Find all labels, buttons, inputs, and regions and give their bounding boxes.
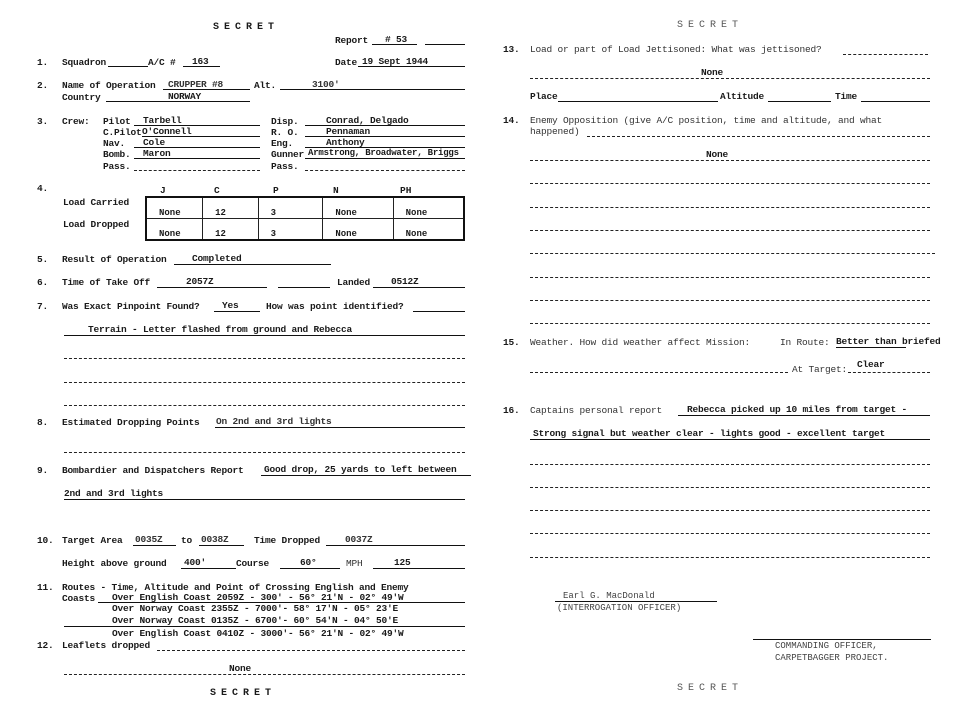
weather-target-line: [848, 372, 930, 373]
enemy-line-6: [530, 253, 935, 254]
item-7-num: 7.: [37, 301, 48, 312]
item-14-num: 14.: [503, 115, 520, 126]
jettisoned-line-1: [843, 54, 928, 55]
item-3-num: 3.: [37, 116, 48, 127]
target-to-label: to: [181, 535, 192, 546]
leaflets-line-2: [64, 674, 465, 675]
table-cell: None: [146, 219, 203, 241]
captains-line-1: [678, 415, 930, 416]
item-7-line-4: [64, 405, 465, 406]
jettisoned-label: Load or part of Load Jettisoned: What wa…: [530, 44, 822, 55]
table-cell: 12: [203, 219, 259, 241]
leaflets-label: Leaflets dropped: [62, 640, 150, 651]
report-page-left: SECRET Report # 53 1. Squadron A/C # 163…: [0, 0, 490, 720]
crew-role-pass-left: Pass.: [103, 161, 131, 172]
item-8-num: 8.: [37, 417, 48, 428]
captains-line-6: [530, 533, 930, 534]
load-col-ph: PH: [400, 185, 411, 196]
enemy-line-2: [530, 160, 930, 161]
landed-value: 0512Z: [391, 276, 419, 287]
target-area-label: Target Area: [62, 535, 123, 546]
takeoff-value: 2057Z: [186, 276, 214, 287]
crew-label: Crew:: [62, 116, 90, 127]
leaflets-line-1: [157, 650, 465, 651]
how-identified-line: [413, 311, 465, 312]
pinpoint-field: [214, 311, 260, 312]
squadron-label: Squadron: [62, 57, 106, 68]
gunner-line: [305, 158, 465, 159]
route-norway-out: Over Norway Coast 0135Z - 6700'- 60° 54'…: [112, 615, 398, 626]
date-value: 19 Sept 1944: [362, 56, 428, 67]
crew-role-pass-right: Pass.: [271, 161, 299, 172]
item-1-num: 1.: [37, 57, 48, 68]
captains-report-label: Captains personal report: [530, 405, 662, 416]
secret-header: SECRET: [677, 20, 743, 31]
takeoff-extra-line: [278, 287, 330, 288]
crew-role-copilot: C.Pilot: [103, 127, 142, 138]
load-carried-label: Load Carried: [63, 197, 129, 208]
takeoff-label: Time of Take Off: [62, 277, 150, 288]
crew-role-bomb: Bomb.: [103, 149, 131, 160]
interrogation-signature-line: [555, 601, 717, 602]
enemy-line-4: [530, 207, 930, 208]
table-cell: None: [323, 197, 393, 219]
course-label: Course: [236, 558, 269, 569]
item-8-line-2: [64, 452, 465, 453]
bomb-line: [134, 158, 260, 159]
table-cell: 12: [203, 197, 259, 219]
landed-label: Landed: [337, 277, 370, 288]
interrogation-officer-name: Earl G. MacDonald: [563, 591, 655, 601]
coasts-label: Coasts: [62, 593, 95, 604]
time-line: [861, 101, 930, 102]
load-col-j: J: [160, 185, 166, 196]
enemy-line-3: [530, 183, 930, 184]
route-norway-in: Over Norway Coast 2355Z - 7000'- 58° 17'…: [112, 603, 398, 614]
alt-field: [280, 89, 465, 90]
enemy-line-9: [530, 323, 930, 324]
result-value: Completed: [192, 253, 242, 264]
place-label: Place: [530, 91, 558, 102]
dropping-points-value: On 2nd and 3rd lights: [216, 416, 332, 427]
operation-label: Name of Operation: [62, 80, 156, 91]
mph-value: 125: [394, 557, 411, 568]
report-number: # 53: [385, 34, 407, 45]
how-identified-value: Terrain - Letter flashed from ground and…: [88, 324, 352, 335]
captains-line-5: [530, 510, 930, 511]
height-value: 400': [184, 557, 206, 568]
result-label: Result of Operation: [62, 254, 167, 265]
weather-enroute-label: In Route:: [780, 337, 830, 348]
pinpoint-value: Yes: [222, 300, 239, 311]
weather-enroute-line: [836, 347, 906, 348]
table-cell: None: [146, 197, 203, 219]
captains-line-3: [530, 464, 930, 465]
leaflets-value: None: [229, 663, 251, 674]
table-cell: 3: [258, 197, 323, 219]
squadron-field: [108, 66, 148, 67]
operation-value: CRUPPER #8: [168, 79, 223, 90]
enemy-line-8: [530, 300, 930, 301]
captains-line-2: [530, 439, 930, 440]
item-5-num: 5.: [37, 254, 48, 265]
enemy-line-7: [530, 277, 930, 278]
captains-line-7: [530, 557, 930, 558]
time-label: Time: [835, 91, 857, 102]
item-9-line-1: [261, 475, 471, 476]
course-line: [280, 568, 340, 569]
landed-field: [373, 287, 465, 288]
result-field: [174, 264, 331, 265]
item-7-line-2: [64, 358, 465, 359]
altitude-label: Altitude: [720, 91, 764, 102]
weather-enroute-value: Better than briefed: [836, 336, 941, 347]
time-dropped-line: [326, 545, 465, 546]
alt-value: 3100': [312, 79, 340, 90]
captains-line-4: [530, 487, 930, 488]
load-table: None 12 3 None None None 12 3 None None: [145, 196, 465, 241]
item-11-num: 11.: [37, 582, 54, 593]
item-7-line-3: [64, 382, 465, 383]
item-13-num: 13.: [503, 44, 520, 55]
captains-report-value-1: Rebecca picked up 10 miles from target -: [687, 404, 907, 415]
report-extra-line: [425, 44, 465, 45]
pass-left-line: [134, 170, 260, 171]
time-dropped-label: Time Dropped: [254, 535, 320, 546]
commanding-officer-title: COMMANDING OFFICER,: [775, 641, 878, 651]
target-area-to: 0038Z: [201, 534, 229, 545]
table-cell: None: [393, 197, 464, 219]
item-16-num: 16.: [503, 405, 520, 416]
mph-label: MPH: [346, 558, 363, 569]
jettisoned-value: None: [701, 67, 723, 78]
enemy-line-1: [587, 136, 930, 137]
target-to-line: [199, 545, 244, 546]
mph-line: [373, 568, 465, 569]
ac-label: A/C #: [148, 57, 176, 68]
height-label: Height above ground: [62, 558, 167, 569]
item-9-num: 9.: [37, 465, 48, 476]
load-col-c: C: [214, 185, 220, 196]
table-row: None 12 3 None None: [146, 219, 464, 241]
load-col-p: P: [273, 185, 279, 196]
item-12-num: 12.: [37, 640, 54, 651]
commanding-signature-line: [753, 639, 931, 640]
load-col-n: N: [333, 185, 339, 196]
enemy-opposition-value: None: [706, 149, 728, 160]
weather-line-2: [530, 372, 788, 373]
item-7-line-1: [64, 335, 465, 336]
target-area-from: 0035Z: [135, 534, 163, 545]
crew-role-disp: Disp.: [271, 116, 299, 127]
captains-report-value-2: Strong signal but weather clear - lights…: [533, 428, 885, 439]
time-dropped-value: 0037Z: [345, 534, 373, 545]
report-label: Report: [335, 35, 368, 46]
route-english-in: Over English Coast 0410Z - 3000'- 56° 21…: [112, 628, 404, 639]
weather-target-label: At Target:: [792, 364, 847, 375]
crew-role-pilot: Pilot: [103, 116, 131, 127]
load-dropped-label: Load Dropped: [63, 219, 129, 230]
secret-footer: SECRET: [210, 688, 276, 699]
bombardier-report-value-1: Good drop, 25 yards to left between: [264, 464, 457, 475]
item-15-num: 15.: [503, 337, 520, 348]
how-identified-label: How was point identified?: [266, 301, 404, 312]
item-2-num: 2.: [37, 80, 48, 91]
item-8-line-1: [215, 427, 465, 428]
ac-value: 163: [192, 56, 209, 67]
course-value: 60°: [300, 557, 317, 568]
target-from-line: [133, 545, 176, 546]
date-label: Date: [335, 57, 357, 68]
report-page-right: SECRET 13. Load or part of Load Jettison…: [495, 0, 975, 720]
table-row: None 12 3 None None: [146, 197, 464, 219]
crew-role-ro: R. O.: [271, 127, 299, 138]
country-value: NORWAY: [168, 91, 201, 102]
interrogation-officer-title: (INTERROGATION OFFICER): [557, 603, 681, 613]
height-line: [181, 568, 236, 569]
table-cell: None: [393, 219, 464, 241]
altitude-line: [768, 101, 831, 102]
place-line: [558, 101, 718, 102]
bombardier-report-value-2: 2nd and 3rd lights: [64, 488, 163, 499]
table-cell: None: [323, 219, 393, 241]
enemy-opposition-label-2: happened): [530, 126, 580, 137]
table-cell: 3: [258, 219, 323, 241]
dropping-points-label: Estimated Dropping Points: [62, 417, 200, 428]
weather-label: Weather. How did weather affect Mission:: [530, 337, 750, 348]
item-10-num: 10.: [37, 535, 54, 546]
crew-role-eng: Eng.: [271, 138, 293, 149]
crew-role-nav: Nav.: [103, 138, 125, 149]
alt-label: Alt.: [254, 80, 276, 91]
secret-header: SECRET: [213, 22, 279, 33]
takeoff-field: [157, 287, 267, 288]
bombardier-report-label: Bombardier and Dispatchers Report: [62, 465, 244, 476]
item-4-num: 4.: [37, 183, 48, 194]
country-label: Country: [62, 92, 101, 103]
route-line-2: [64, 626, 465, 627]
pass-right-line: [305, 170, 465, 171]
enemy-line-5: [530, 230, 930, 231]
secret-footer: SECRET: [677, 683, 743, 694]
enemy-opposition-label-1: Enemy Opposition (give A/C position, tim…: [530, 115, 882, 126]
weather-target-value: Clear: [857, 359, 885, 370]
item-9-line-2: [64, 499, 465, 500]
commanding-officer-project: CARPETBAGGER PROJECT.: [775, 653, 888, 663]
item-6-num: 6.: [37, 277, 48, 288]
jettisoned-line-2: [530, 78, 930, 79]
pinpoint-label: Was Exact Pinpoint Found?: [62, 301, 200, 312]
crew-role-gunner: Gunner: [271, 149, 304, 160]
